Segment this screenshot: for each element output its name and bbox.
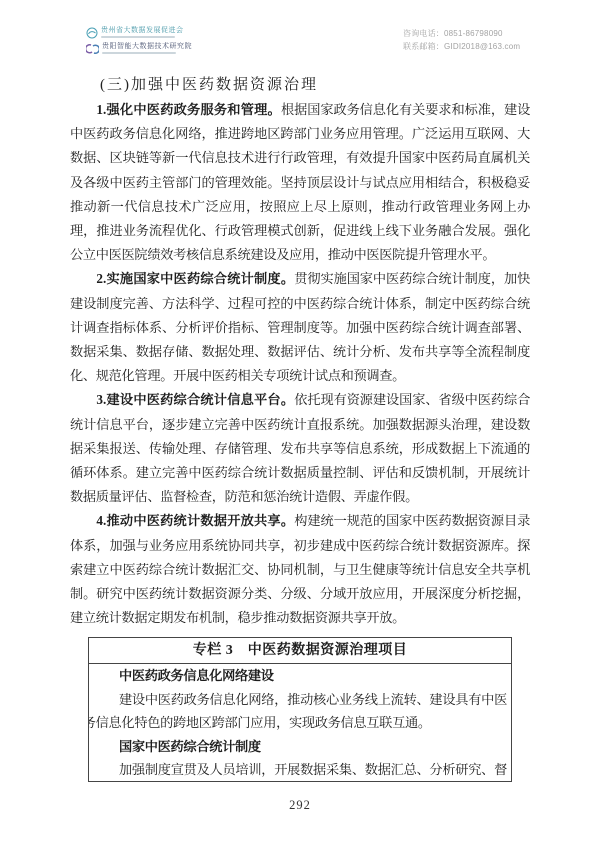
- panel-item-1-heading: 中医药政务信息化网络建设: [119, 664, 501, 688]
- paragraph-2: 2.实施国家中医药综合统计制度。贯彻实施国家中医药综合统计制度，加快建设制度完善…: [70, 267, 530, 388]
- contact-email: 联系邮箱：GIDI2018@163.com: [403, 40, 520, 53]
- association-logo-icon: [86, 27, 98, 39]
- association-logo-subtitle-line: [101, 36, 175, 38]
- section-heading: (三)加强中医药数据资源治理: [70, 72, 530, 98]
- paragraph-1-text: 根据国家政务信息化有关要求和标准，建设中医药政务信息化网络，推进跨地区跨部门业务…: [70, 102, 530, 262]
- panel-item-2-heading: 国家中医药综合统计制度: [119, 735, 501, 759]
- institute-logo: 贵阳智能大数据技术研究院: [86, 42, 192, 55]
- paragraph-3: 3.建设中医药综合统计信息平台。依托现有资源建设国家、省级中医药综合统计信息平台…: [70, 388, 530, 509]
- page-number: 292: [70, 798, 530, 813]
- institute-logo-subtitle-line: [102, 52, 176, 54]
- paragraph-2-text: 贯彻实施国家中医药综合统计制度，加快建设制度完善、方法科学、过程可控的中医药综合…: [70, 271, 530, 383]
- paragraph-4: 4.推动中医药统计数据开放共享。构建统一规范的国家中医药数据资源目录体系，加强与…: [70, 509, 530, 630]
- paragraph-4-lead: 4.推动中医药统计数据开放共享。: [96, 513, 294, 528]
- panel-item-1-text: 建设中医药政务信息化网络，推动核心业务线上流转、建设具有中医药政务信息化特色的跨…: [88, 688, 507, 735]
- contact-info: 咨询电话：0851-86798090 联系邮箱：GIDI2018@163.com: [403, 27, 520, 53]
- paragraph-3-lead: 3.建设中医药综合统计信息平台。: [96, 392, 294, 407]
- association-logo-text: 贵州省大数据发展促进会: [101, 27, 184, 35]
- panel-body: 中医药政务信息化网络建设 建设中医药政务信息化网络，推动核心业务线上流转、建设具…: [89, 664, 511, 782]
- institute-logo-icon: [86, 43, 99, 55]
- institute-logo-text: 贵阳智能大数据技术研究院: [102, 43, 192, 51]
- column-panel: 专栏 3 中医药数据资源治理项目 中医药政务信息化网络建设 建设中医药政务信息化…: [88, 637, 512, 782]
- panel-item-2-text: 加强制度宣贯及人员培训，开展数据采集、数据汇总、分析研究、督导检: [88, 758, 507, 782]
- paragraph-1-lead: 1.强化中医药政务服务和管理。: [96, 102, 281, 117]
- document-page: 贵州省大数据发展促进会 贵阳智能大数据技术研究院 咨询电话：0851-86798…: [0, 0, 600, 848]
- paragraph-4-text: 构建统一规范的国家中医药数据资源目录体系，加强与业务应用系统协同共享，初步建成中…: [70, 513, 530, 625]
- association-logo: 贵州省大数据发展促进会: [86, 26, 192, 39]
- paragraph-2-lead: 2.实施国家中医药综合统计制度。: [96, 271, 294, 286]
- paragraph-1: 1.强化中医药政务服务和管理。根据国家政务信息化有关要求和标准，建设中医药政务信…: [70, 98, 530, 267]
- document-body: (三)加强中医药数据资源治理 1.强化中医药政务服务和管理。根据国家政务信息化有…: [70, 0, 530, 813]
- paragraph-3-text: 依托现有资源建设国家、省级中医药综合统计信息平台，逐步建立完善中医药统计直报系统…: [70, 392, 530, 504]
- panel-title: 专栏 3 中医药数据资源治理项目: [89, 638, 511, 664]
- logo-block: 贵州省大数据发展促进会 贵阳智能大数据技术研究院: [86, 26, 192, 58]
- contact-phone: 咨询电话：0851-86798090: [403, 27, 520, 40]
